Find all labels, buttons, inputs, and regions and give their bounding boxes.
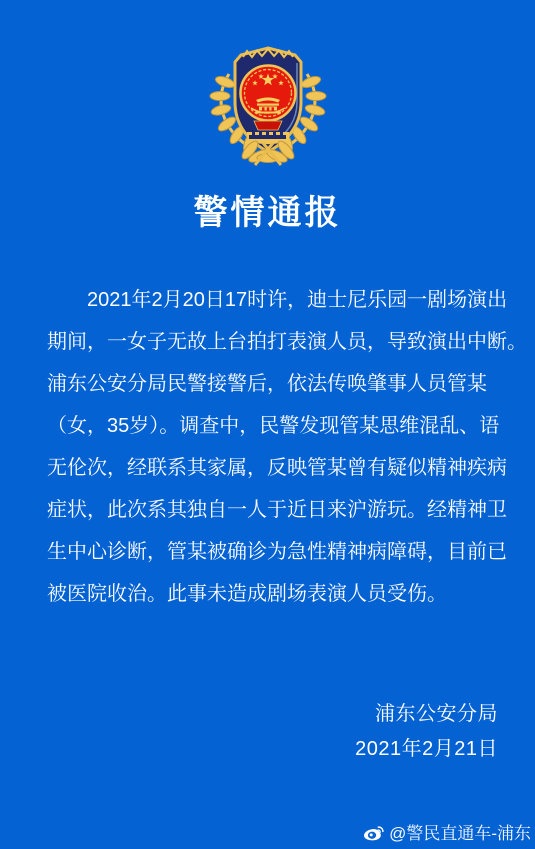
- body-line: 2021年2月20日17时许，迪士尼乐园一剧场演出: [47, 279, 515, 321]
- police-badge: [203, 36, 333, 168]
- body-line: 期间，一女子无故上台拍打表演人员，导致演出中断。: [47, 321, 515, 363]
- body-line: 无伦次，经联系其家属，反映管某曾有疑似精神疾病: [47, 447, 515, 489]
- body-line: 被医院收治。此事未造成剧场表演人员受伤。: [47, 573, 515, 615]
- signature-org: 浦东公安分局: [355, 697, 498, 732]
- notice-body: 2021年2月20日17时许，迪士尼乐园一剧场演出 期间，一女子无故上台拍打表演…: [47, 279, 515, 615]
- weibo-watermark: @警民直通车-浦东: [363, 819, 531, 844]
- signature-block: 浦东公安分局 2021年2月21日: [355, 697, 498, 767]
- notice-title: 警情通报: [0, 195, 535, 231]
- weibo-icon: [363, 823, 385, 841]
- badge-national-emblem: [240, 66, 295, 121]
- body-line: 生中心诊断，管某被确诊为急性精神病障碍，目前已: [47, 531, 515, 573]
- body-line: 浦东公安分局民警接警后，依法传唤肇事人员管某: [47, 363, 515, 405]
- signature-date: 2021年2月21日: [355, 732, 498, 767]
- body-line: （女，35岁）。调查中，民警发现管某思维混乱、语: [47, 405, 515, 447]
- body-line: 症状，此次系其独自一人于近日来沪游玩。经精神卫: [47, 489, 515, 531]
- badge-ribbon: [254, 121, 282, 130]
- watermark-text: @警民直通车-浦东: [389, 819, 531, 844]
- police-badge-icon: [203, 36, 333, 168]
- police-notice-image: 警情通报 2021年2月20日17时许，迪士尼乐园一剧场演出 期间，一女子无故上…: [0, 0, 535, 849]
